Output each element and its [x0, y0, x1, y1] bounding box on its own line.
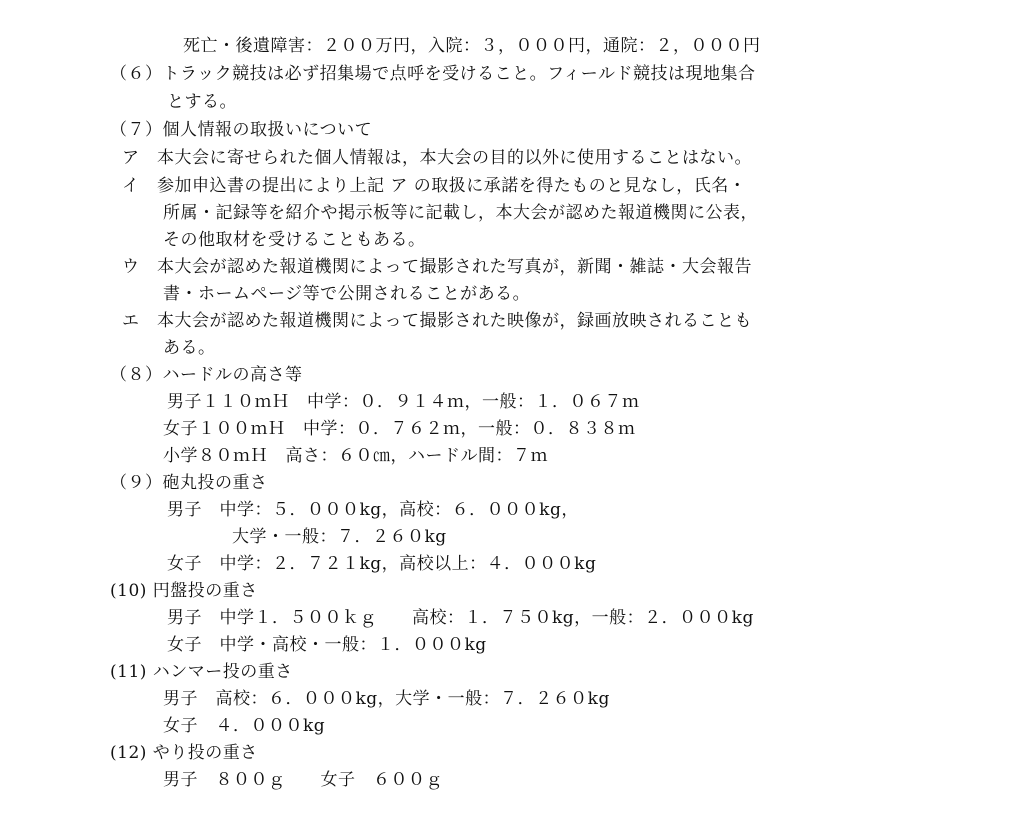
shot-put-women: 女子 中学：２．７２１kg，高校以上：４．０００kg	[167, 551, 596, 577]
section-7-item-i-cont-2: その他取材を受けることもある。	[163, 227, 426, 253]
hammer-women: 女子 ４．０００kg	[163, 713, 325, 739]
section-10-heading: (10) 円盤投の重さ	[110, 578, 258, 604]
section-9-heading: （９）砲丸投の重さ	[110, 470, 268, 496]
hurdle-women-100mh: 女子１００ｍＨ 中学：０．７６２ｍ，一般：０．８３８ｍ	[163, 416, 636, 442]
section-7-item-a: ア 本大会に寄せられた個人情報は，本大会の目的以外に使用することはない。	[122, 145, 752, 171]
discus-men: 男子 中学１．５００ｋｇ 高校：１．７５０kg，一般：２．０００kg	[167, 605, 754, 631]
section-7-item-u: ウ 本大会が認めた報道機関によって撮影された写真が，新聞・雑誌・大会報告	[122, 254, 752, 280]
shot-put-men: 男子 中学：５．０００kg，高校：６．０００kg，	[167, 497, 579, 523]
section-6-continuation: とする。	[167, 89, 237, 115]
section-7-item-i-cont-1: 所属・記録等を紹介や掲示板等に記載し，本大会が認めた報道機関に公表，	[163, 200, 758, 226]
javelin-weights: 男子 ８００ｇ 女子 ６００ｇ	[163, 767, 443, 793]
section-7-item-e-cont: ある。	[163, 335, 216, 361]
section-7-item-e: エ 本大会が認めた報道機関によって撮影された映像が，録画放映されることも	[122, 308, 752, 334]
hammer-men: 男子 高校：６．０００kg，大学・一般：７．２６０kg	[163, 686, 610, 712]
section-7-item-i: イ 参加申込書の提出により上記 ア の取扱に承諾を得たものと見なし，氏名・	[122, 173, 746, 199]
document-page: 死亡・後遺障害：２００万円，入院：３，０００円，通院：２，０００円 （６）トラッ…	[0, 0, 1024, 828]
section-11-heading: (11) ハンマー投の重さ	[110, 659, 293, 685]
section-7-heading: （７）個人情報の取扱いについて	[110, 117, 372, 143]
section-7-item-u-cont: 書・ホームページ等で公開されることがある。	[163, 281, 530, 307]
section-6-heading: （６）トラック競技は必ず招集場で点呼を受けること。フィールド競技は現地集合	[110, 61, 755, 87]
section-12-heading: (12) やり投の重さ	[110, 740, 258, 766]
shot-put-men-cont: 大学・一般：７．２６０kg	[232, 524, 447, 550]
hurdle-elementary-80mh: 小学８０ｍＨ 高さ：６０㎝，ハードル間：７ｍ	[163, 443, 548, 469]
hurdle-men-110mh: 男子１１０ｍＨ 中学：０．９１４ｍ，一般：１．０６７ｍ	[167, 389, 640, 415]
discus-women: 女子 中学・高校・一般：１．０００kg	[167, 632, 487, 658]
insurance-amounts-line: 死亡・後遺障害：２００万円，入院：３，０００円，通院：２，０００円	[183, 33, 761, 59]
section-8-heading: （８）ハードルの高さ等	[110, 362, 303, 388]
